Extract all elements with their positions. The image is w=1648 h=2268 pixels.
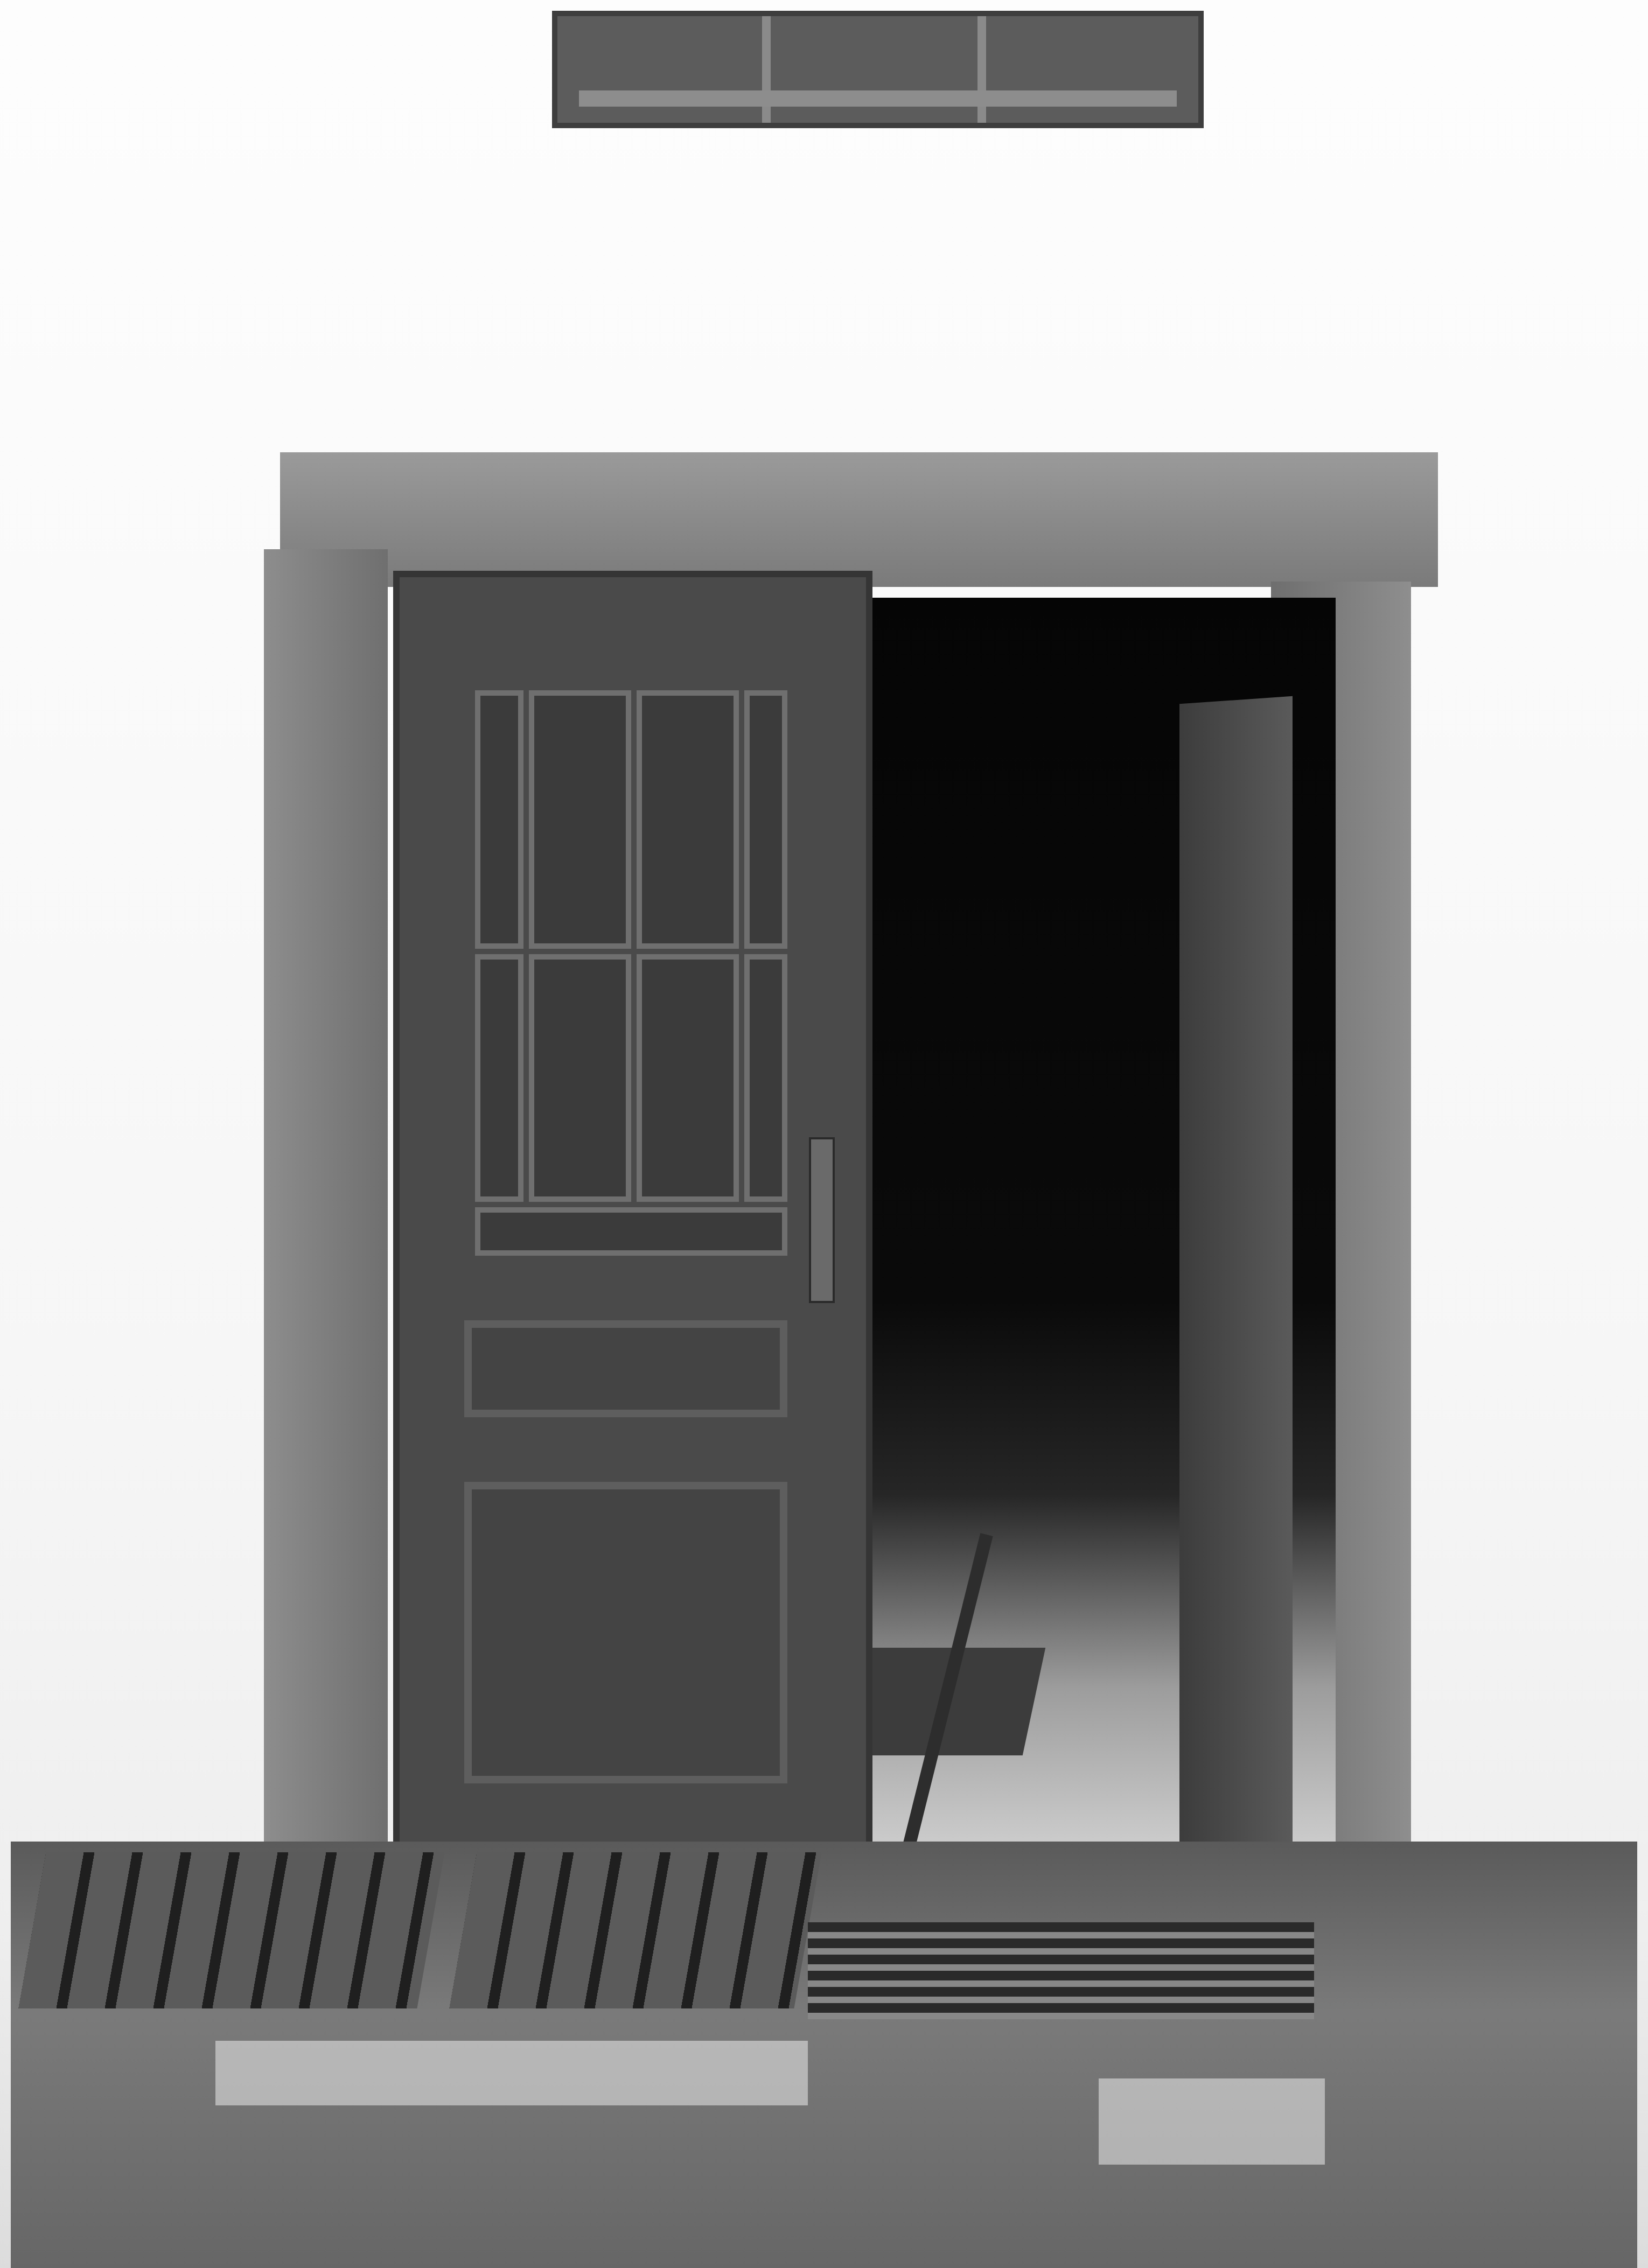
glass-lite	[744, 690, 787, 949]
window-mullion	[762, 16, 771, 123]
left-door	[393, 571, 872, 1863]
glass-lite	[529, 954, 631, 1202]
glass-lite	[744, 954, 787, 1202]
left-stone-jamb	[264, 549, 388, 1858]
wooden-pallet	[18, 1852, 444, 2008]
glass-lite	[475, 1207, 787, 1256]
wooden-pallet	[449, 1852, 821, 2008]
glass-lite	[637, 954, 739, 1202]
glass-lite	[475, 690, 523, 949]
drain-grate	[808, 1922, 1314, 2019]
window-mullion	[977, 16, 986, 123]
upper-window	[552, 11, 1204, 128]
glass-lite	[637, 690, 739, 949]
right-door-leaf	[1179, 696, 1293, 1932]
wet-patch	[215, 2041, 808, 2105]
photograph	[0, 0, 1648, 2268]
wet-patch	[1099, 2078, 1325, 2165]
door-panel-lower	[464, 1482, 787, 1783]
door-handle	[809, 1137, 835, 1303]
glass-lite	[529, 690, 631, 949]
stone-lintel	[280, 452, 1438, 587]
glass-lite	[475, 954, 523, 1202]
door-panel-upper	[464, 1320, 787, 1417]
window-sill	[579, 90, 1177, 107]
